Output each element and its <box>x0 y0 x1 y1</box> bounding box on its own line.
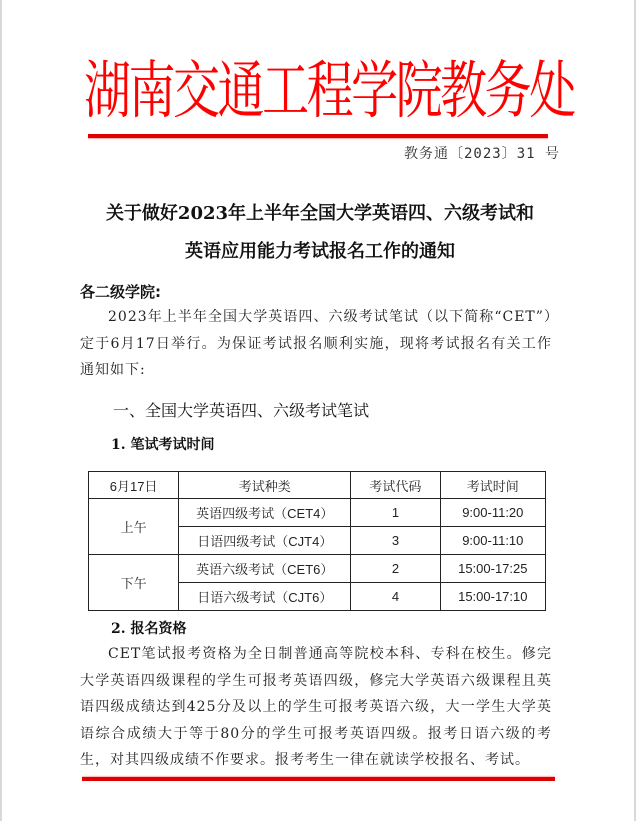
exam-code-cell: 4 <box>351 583 440 611</box>
eligibility-paragraph: CET笔试报考资格为全日制普通高等院校本科、专科在校生。修完大学英语四级课程的学… <box>80 641 552 774</box>
exam-type-cell: 英语四级考试（CET4） <box>179 499 351 527</box>
eligibility-heading: 2. 报名资格 <box>111 618 187 638</box>
notice-title-line2: 英语应用能力考试报名工作的通知 <box>60 233 580 271</box>
header-exam-time: 考试时间 <box>440 472 545 499</box>
exam-type-cell: 日语六级考试（CJT6） <box>179 583 351 611</box>
exam-type-cell: 日语四级考试（CJT4） <box>179 527 351 555</box>
header-date: 6月17日 <box>89 472 179 499</box>
exam-code-cell: 2 <box>351 555 440 583</box>
table-row: 上午 英语四级考试（CET4） 1 9:00-11:20 <box>89 499 546 527</box>
document-number: 教务通〔2023〕31 号 <box>404 143 554 163</box>
exam-time-cell: 15:00-17:10 <box>440 583 545 611</box>
notice-title: 关于做好2023年上半年全国大学英语四、六级考试和 英语应用能力考试报名工作的通… <box>60 195 580 271</box>
exam-code-cell: 1 <box>351 499 440 527</box>
notice-title-line1: 关于做好2023年上半年全国大学英语四、六级考试和 <box>60 195 580 233</box>
masthead-title: 湖南交通工程学院教务处 <box>84 45 477 139</box>
period-cell: 上午 <box>89 499 179 555</box>
intro-paragraph: 2023年上半年全国大学英语四、六级考试笔试（以下简称“CET”）定于6月17日… <box>80 304 552 384</box>
section1-heading: 一、全国大学英语四、六级考试笔试 <box>113 398 369 421</box>
exam-time-cell: 9:00-11:20 <box>440 499 545 527</box>
exam-time-cell: 9:00-11:10 <box>440 527 545 555</box>
exam-type-cell: 英语六级考试（CET6） <box>179 555 351 583</box>
exam-time-cell: 15:00-17:25 <box>440 555 545 583</box>
header-exam-type: 考试种类 <box>179 472 351 499</box>
table-header-row: 6月17日 考试种类 考试代码 考试时间 <box>89 472 546 499</box>
period-cell: 下午 <box>89 555 179 611</box>
page-left-edge <box>0 0 2 821</box>
bottom-red-rule <box>82 777 555 781</box>
exam-schedule-table: 6月17日 考试种类 考试代码 考试时间 上午 英语四级考试（CET4） 1 9… <box>88 471 546 611</box>
header-exam-code: 考试代码 <box>351 472 440 499</box>
exam-time-heading: 1. 笔试考试时间 <box>111 434 215 454</box>
exam-code-cell: 3 <box>351 527 440 555</box>
table-row: 下午 英语六级考试（CET6） 2 15:00-17:25 <box>89 555 546 583</box>
masthead-red-rule <box>88 134 548 138</box>
salutation: 各二级学院: <box>80 281 161 302</box>
